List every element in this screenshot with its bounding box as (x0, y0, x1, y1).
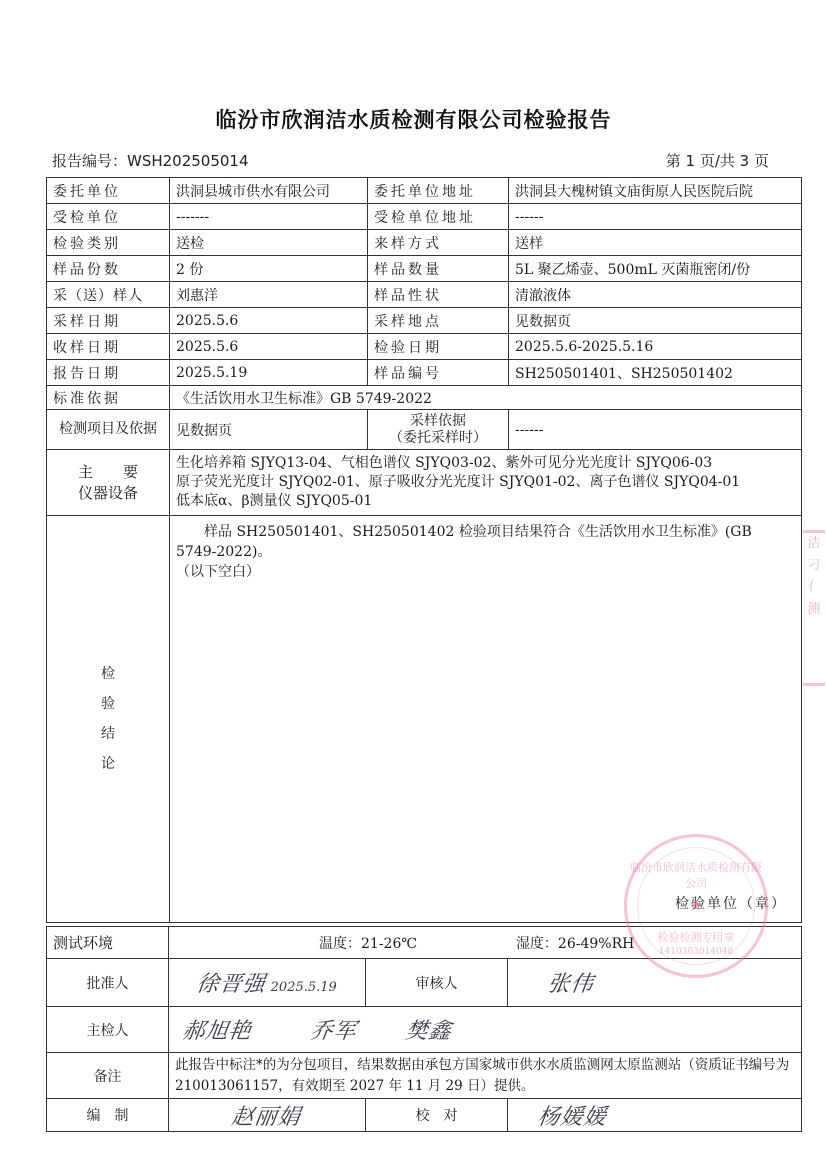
sample-id-value: SH250501401、SH250501402 (509, 360, 802, 386)
sampling-date-value: 2025.5.6 (170, 308, 368, 334)
appearance-value: 清澈液体 (509, 282, 802, 308)
sampling-basis-label-line2: （委托采样时） (374, 430, 502, 447)
compiler-label: 编 制 (47, 1099, 169, 1132)
conclusion-label-char: 结 (53, 719, 163, 749)
sampling-basis-value: ------ (509, 410, 802, 450)
report-info-table: 委托单位 洪洞县城市供水有限公司 委托单位地址 洪洞县大槐树镇文庙街原人民医院后… (46, 177, 802, 923)
approver-label: 批准人 (47, 959, 169, 1007)
reviewer-signature: 张伟 (508, 959, 802, 1007)
conclusion-label-char: 检 (53, 659, 163, 689)
conclusion-label: 检 验 结 论 (47, 516, 170, 923)
equipment-label: 主 要 仪器设备 (47, 450, 170, 516)
inspector-sig: 郝旭艳 (181, 1014, 254, 1045)
copies-value: 2 份 (170, 256, 368, 282)
report-date-value: 2025.5.19 (170, 360, 368, 386)
standard-label: 标准依据 (47, 386, 170, 410)
reviewer-label: 审核人 (366, 959, 508, 1007)
remarks-text: 此报告中标注*的为分包项目，结果数据由承包方国家城市供水水质监测网太原监测站（资… (169, 1053, 802, 1099)
client-address-label: 委托单位地址 (368, 178, 509, 204)
page-seam-seal: 洁刁亻测 (803, 530, 825, 686)
proofreader-label: 校 对 (366, 1099, 508, 1132)
inspector-label: 主检人 (47, 1007, 169, 1053)
report-date-label: 报告日期 (47, 360, 170, 386)
env-values: 温度：21-26℃ 湿度：26-49%RH (169, 927, 802, 959)
sampling-site-value: 见数据页 (509, 308, 802, 334)
sample-method-value: 送样 (509, 230, 802, 256)
category-value: 送检 (170, 230, 368, 256)
sampling-date-label: 采样日期 (47, 308, 170, 334)
conclusion-text: 样品 SH250501401、SH250501402 检验项目结果符合《生活饮用… (176, 522, 795, 562)
sampler-value: 刘惠洋 (170, 282, 368, 308)
proofreader-sig: 杨媛媛 (536, 1100, 609, 1131)
conclusion-label-char: 验 (53, 689, 163, 719)
sampling-basis-label: 采样依据 （委托采样时） (368, 410, 509, 450)
conclusion-blank-note: （以下空白） (176, 562, 795, 582)
category-label: 检验类别 (47, 230, 170, 256)
appearance-label: 样品性状 (368, 282, 509, 308)
test-date-value: 2025.5.6-2025.5.16 (509, 334, 802, 360)
approver-signature: 徐晋强 2025.5.19 (169, 959, 366, 1007)
compiler-signature: 赵丽娟 (169, 1099, 366, 1132)
env-label: 测试环境 (47, 927, 169, 959)
inspector-sig: 樊鑫 (404, 1014, 454, 1045)
stamp-label: 检验单位（章） (675, 894, 787, 914)
standard-value: 《生活饮用水卫生标准》GB 5749-2022 (170, 386, 802, 410)
page-info: 第 1 页/共 3 页 (666, 150, 769, 171)
approver-sig: 徐晋强 (195, 967, 268, 998)
equipment-label-line2: 仪器设备 (53, 483, 163, 504)
items-label: 检测项目及依据 (47, 410, 170, 450)
inspected-address-label: 受检单位地址 (368, 204, 509, 230)
sample-method-label: 来样方式 (368, 230, 509, 256)
inspected-unit-value: ------- (170, 204, 368, 230)
temperature: 温度：21-26℃ (319, 936, 417, 952)
equipment-line: 生化培养箱 SJYQ13-04、气相色谱仪 SJYQ03-02、紫外可见分光光度… (176, 454, 795, 473)
client-value: 洪洞县城市供水有限公司 (170, 178, 368, 204)
approver-date: 2025.5.19 (271, 980, 337, 995)
proofreader-signature: 杨媛媛 (508, 1099, 802, 1132)
receipt-date-value: 2025.5.6 (170, 334, 368, 360)
sample-id-label: 样品编号 (368, 360, 509, 386)
remarks-label: 备注 (47, 1053, 169, 1099)
quantity-value: 5L 聚乙烯壶、500mL 灭菌瓶密闭/份 (509, 256, 802, 282)
equipment-line: 低本底α、β测量仪 SJYQ05-01 (176, 492, 795, 511)
items-value: 见数据页 (170, 410, 368, 450)
inspector-signatures: 郝旭艳 乔军 樊鑫 (169, 1007, 802, 1053)
report-number: 报告编号：WSH202505014 (52, 150, 249, 171)
equipment-list: 生化培养箱 SJYQ13-04、气相色谱仪 SJYQ03-02、紫外可见分光光度… (170, 450, 802, 516)
equipment-label-line1: 主 要 (53, 462, 163, 483)
test-date-label: 检验日期 (368, 334, 509, 360)
equipment-line: 原子荧光光度计 SJYQ02-01、原子吸收分光光度计 SJYQ01-02、离子… (176, 473, 795, 492)
inspected-unit-label: 受检单位 (47, 204, 170, 230)
sampling-site-label: 采样地点 (368, 308, 509, 334)
conclusion-content: 样品 SH250501401、SH250501402 检验项目结果符合《生活饮用… (170, 516, 802, 923)
copies-label: 样品份数 (47, 256, 170, 282)
inspected-address-value: ------ (509, 204, 802, 230)
client-label: 委托单位 (47, 178, 170, 204)
humidity: 湿度：26-49%RH (516, 936, 634, 952)
compiler-sig: 赵丽娟 (230, 1100, 303, 1131)
client-address-value: 洪洞县大槐树镇文庙街原人民医院后院 (509, 178, 802, 204)
quantity-label: 样品数量 (368, 256, 509, 282)
receipt-date-label: 收样日期 (47, 334, 170, 360)
sampler-label: 采（送）样人 (47, 282, 170, 308)
report-title: 临汾市欣润洁水质检测有限公司检验报告 (0, 104, 827, 134)
sampling-basis-label-line1: 采样依据 (374, 413, 502, 430)
signature-table: 测试环境 温度：21-26℃ 湿度：26-49%RH 批准人 徐晋强 2025.… (46, 926, 802, 1132)
conclusion-label-char: 论 (53, 749, 163, 779)
reviewer-sig: 张伟 (546, 967, 596, 998)
inspector-sig: 乔军 (309, 1014, 359, 1045)
